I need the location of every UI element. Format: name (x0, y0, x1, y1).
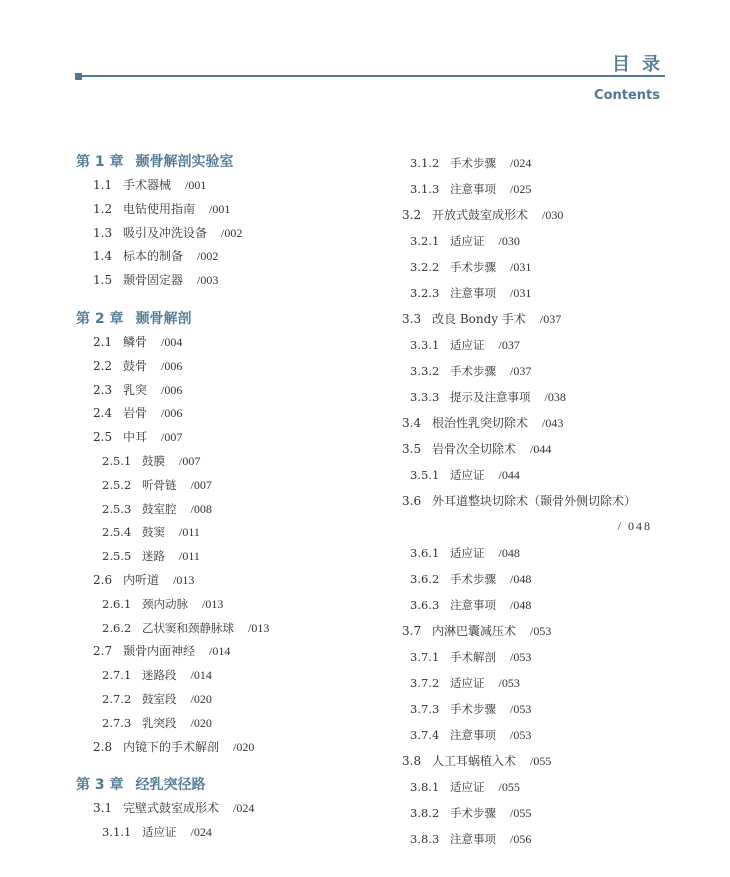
section-number: 2.5.5 (102, 545, 142, 569)
page-number: /007 (161, 430, 182, 444)
page-number: /048 (510, 572, 531, 586)
page-number: /006 (161, 406, 182, 420)
toc-section-entry[interactable]: 3.4根治性乳突切除术/043 (402, 410, 672, 436)
section-number: 3.2 (402, 202, 432, 228)
toc-section-entry[interactable]: 1.3吸引及冲洗设备/002 (76, 222, 376, 246)
section-title: 迷路段 (142, 668, 177, 682)
toc-subsection-entry[interactable]: 2.7.2鼓室段/020 (76, 688, 376, 712)
page-number: /043 (542, 416, 563, 430)
section-number: 3.6.2 (410, 566, 450, 592)
page-number: /020 (191, 692, 212, 706)
section-title: 乳突 (123, 383, 147, 397)
section-title: 适应证 (450, 546, 485, 560)
page-number: /001 (209, 202, 230, 216)
page-number: /048 (499, 546, 520, 560)
toc-section-entry[interactable]: 3.7内淋巴囊减压术/053 (402, 618, 672, 644)
page-number: /048 (510, 598, 531, 612)
section-title: 颞骨固定器 (123, 273, 183, 287)
page-number: /003 (197, 273, 218, 287)
toc-subsection-entry[interactable]: 2.5.3鼓室腔/008 (76, 498, 376, 522)
toc-subsection-entry[interactable]: 2.5.4鼓窦/011 (76, 521, 376, 545)
toc-subsection-entry[interactable]: 2.5.5迷路/011 (76, 545, 376, 569)
chapter-heading[interactable]: 第 1 章颞骨解剖实验室 (76, 150, 376, 174)
section-number: 3.3.1 (410, 332, 450, 358)
toc-section-entry[interactable]: 3.5岩骨次全切除术/044 (402, 436, 672, 462)
page-number: /011 (179, 549, 200, 563)
section-number: 2.7.3 (102, 712, 142, 736)
section-title: 乳突段 (142, 716, 177, 730)
section-title: 内淋巴囊减压术 (432, 624, 516, 638)
section-number: 2.4 (93, 402, 123, 426)
section-title: 注意事项 (450, 286, 496, 300)
page-number: /044 (499, 468, 520, 482)
section-number: 2.6.2 (102, 617, 142, 641)
section-title: 颞骨内面神经 (123, 644, 195, 658)
toc-section-entry[interactable]: 3.3改良 Bondy 手术/037 (402, 306, 672, 332)
page-number: /037 (499, 338, 520, 352)
section-number: 3.6.1 (410, 540, 450, 566)
page-number: /053 (510, 650, 531, 664)
toc-section-entry[interactable]: 2.1鳞骨/004 (76, 331, 376, 355)
chapter-title: 经乳突径路 (136, 777, 206, 793)
toc-subsection-entry[interactable]: 2.6.1颈内动脉/013 (76, 593, 376, 617)
section-number: 3.5 (402, 436, 432, 462)
page-subtitle: Contents (594, 88, 660, 103)
toc-section-entry[interactable]: 1.2电钻使用指南/001 (76, 198, 376, 222)
toc-subsection-entry[interactable]: 3.8.2手术步骤/055 (402, 800, 672, 826)
section-title: 听骨链 (142, 478, 177, 492)
section-number: 2.6 (93, 569, 123, 593)
section-number: 3.8.3 (410, 826, 450, 852)
toc-section-entry[interactable]: 2.4岩骨/006 (76, 402, 376, 426)
section-title: 外耳道整块切除术（颞骨外侧切除术） (432, 494, 636, 508)
toc-section-entry[interactable]: 3.8人工耳蜗植入术/055 (402, 748, 672, 774)
section-title: 根治性乳突切除术 (432, 416, 528, 430)
section-title: 改良 Bondy 手术 (432, 312, 526, 326)
section-title: 内镜下的手术解剖 (123, 740, 219, 754)
page-number: /020 (191, 716, 212, 730)
toc-section-entry[interactable]: 1.5颞骨固定器/003 (76, 269, 376, 293)
chapter-number: 第 1 章 (76, 154, 124, 170)
section-number: 3.2.3 (410, 280, 450, 306)
page-number: /002 (197, 249, 218, 263)
toc-subsection-entry[interactable]: 3.7.4注意事项/053 (402, 722, 672, 748)
chapter-heading[interactable]: 第 3 章经乳突径路 (76, 773, 376, 797)
section-title: 手术步骤 (450, 572, 496, 586)
toc-subsection-entry[interactable]: 3.7.2适应证/053 (402, 670, 672, 696)
section-title: 开放式鼓室成形术 (432, 208, 528, 222)
section-number: 3.5.1 (410, 462, 450, 488)
page-number: /006 (161, 383, 182, 397)
section-number: 3.7.3 (410, 696, 450, 722)
page-number: /025 (510, 182, 531, 196)
section-number: 2.7.2 (102, 688, 142, 712)
section-number: 3.2.1 (410, 228, 450, 254)
page-number: /055 (510, 806, 531, 820)
page-number: /008 (191, 502, 212, 516)
section-title: 适应证 (450, 780, 485, 794)
section-number: 1.2 (93, 198, 123, 222)
page-number: / 048 (402, 514, 672, 540)
section-number: 1.5 (93, 269, 123, 293)
page-number: /024 (233, 801, 254, 815)
section-number: 2.2 (93, 355, 123, 379)
toc-subsection-entry[interactable]: 2.5.1鼓膜/007 (76, 450, 376, 474)
section-number: 3.6.3 (410, 592, 450, 618)
section-number: 3.1.1 (102, 821, 142, 845)
section-title: 鼓膜 (142, 454, 165, 468)
section-title: 鼓窦 (142, 525, 165, 539)
section-title: 适应证 (450, 234, 485, 248)
page-number: /006 (161, 359, 182, 373)
toc-section-entry[interactable]: 1.1手术器械/001 (76, 174, 376, 198)
chapter-title: 颞骨解剖 (136, 311, 192, 327)
page-number: /044 (530, 442, 551, 456)
page-number: /030 (499, 234, 520, 248)
section-title: 标本的制备 (123, 249, 183, 263)
page-number: /053 (499, 676, 520, 690)
section-title: 鼓骨 (123, 359, 147, 373)
section-title: 迷路 (142, 549, 165, 563)
page-number: /007 (179, 454, 200, 468)
section-title: 注意事项 (450, 182, 496, 196)
chapter-title: 颞骨解剖实验室 (136, 154, 234, 170)
toc-left-column: 第 1 章颞骨解剖实验室1.1手术器械/0011.2电钻使用指南/0011.3吸… (76, 150, 376, 845)
page-number: /014 (191, 668, 212, 682)
section-title: 鼓室腔 (142, 502, 177, 516)
chapter-number: 第 2 章 (76, 311, 124, 327)
page-number: /013 (202, 597, 223, 611)
page-number: /030 (542, 208, 563, 222)
page-number: /002 (221, 226, 242, 240)
toc-subsection-entry[interactable]: 2.5.2听骨链/007 (76, 474, 376, 498)
section-title: 完壁式鼓室成形术 (123, 801, 219, 815)
toc-subsection-entry[interactable]: 3.6.3注意事项/048 (402, 592, 672, 618)
toc-subsection-entry[interactable]: 3.1.3注意事项/025 (402, 176, 672, 202)
page-number: /055 (499, 780, 520, 794)
toc-subsection-entry[interactable]: 3.8.3注意事项/056 (402, 826, 672, 852)
toc-subsection-entry[interactable]: 3.1.2手术步骤/024 (402, 150, 672, 176)
toc-subsection-entry[interactable]: 3.6.2手术步骤/048 (402, 566, 672, 592)
toc-section-entry[interactable]: 2.2鼓骨/006 (76, 355, 376, 379)
section-number: 2.5.4 (102, 521, 142, 545)
page-number: /020 (233, 740, 254, 754)
page-number: /056 (510, 832, 531, 846)
section-title: 手术解剖 (450, 650, 496, 664)
toc-subsection-entry[interactable]: 3.3.3提示及注意事项/038 (402, 384, 672, 410)
section-number: 3.8.1 (410, 774, 450, 800)
section-number: 2.6.1 (102, 593, 142, 617)
section-title: 人工耳蜗植入术 (432, 754, 516, 768)
toc-section-entry[interactable]: 2.8内镜下的手术解剖/020 (76, 736, 376, 760)
section-number: 3.3.2 (410, 358, 450, 384)
toc-subsection-entry[interactable]: 3.7.1手术解剖/053 (402, 644, 672, 670)
page-title: 目录 (612, 50, 672, 76)
page-number: /011 (179, 525, 200, 539)
section-number: 3.7 (402, 618, 432, 644)
section-number: 2.7.1 (102, 664, 142, 688)
section-number: 1.4 (93, 245, 123, 269)
section-title: 提示及注意事项 (450, 390, 531, 404)
section-title: 注意事项 (450, 598, 496, 612)
section-title: 中耳 (123, 430, 147, 444)
toc-subsection-entry[interactable]: 3.2.3注意事项/031 (402, 280, 672, 306)
section-number: 3.3 (402, 306, 432, 332)
section-title: 注意事项 (450, 728, 496, 742)
section-number: 1.3 (93, 222, 123, 246)
section-number: 3.6 (402, 488, 432, 514)
section-number: 3.1.3 (410, 176, 450, 202)
toc-subsection-entry[interactable]: 3.6.1适应证/048 (402, 540, 672, 566)
section-title: 颈内动脉 (142, 597, 188, 611)
toc-subsection-entry[interactable]: 3.2.2手术步骤/031 (402, 254, 672, 280)
section-title: 适应证 (142, 825, 177, 839)
chapter-number: 第 3 章 (76, 777, 124, 793)
section-title: 适应证 (450, 676, 485, 690)
toc-subsection-entry[interactable]: 3.3.1适应证/037 (402, 332, 672, 358)
page-number: /038 (545, 390, 566, 404)
section-number: 2.5.2 (102, 474, 142, 498)
section-number: 2.5.3 (102, 498, 142, 522)
section-number: 3.8 (402, 748, 432, 774)
section-title: 吸引及冲洗设备 (123, 226, 207, 240)
page-number: /024 (191, 825, 212, 839)
toc-subsection-entry[interactable]: 2.6.2乙状窦和颈静脉球/013 (76, 617, 376, 641)
section-number: 2.7 (93, 640, 123, 664)
section-title: 手术步骤 (450, 702, 496, 716)
section-title: 手术步骤 (450, 806, 496, 820)
section-number: 3.7.2 (410, 670, 450, 696)
section-title: 手术步骤 (450, 156, 496, 170)
page-number: /024 (510, 156, 531, 170)
section-number: 3.1.2 (410, 150, 450, 176)
toc-section-entry[interactable]: 2.3乳突/006 (76, 379, 376, 403)
toc-section-entry[interactable]: 2.6内听道/013 (76, 569, 376, 593)
toc-section-entry[interactable]: 3.2开放式鼓室成形术/030 (402, 202, 672, 228)
page-number: /055 (530, 754, 551, 768)
page-number: /037 (510, 364, 531, 378)
toc-section-entry[interactable]: 2.7颞骨内面神经/014 (76, 640, 376, 664)
page-number: /053 (510, 702, 531, 716)
toc-section-entry[interactable]: 1.4标本的制备/002 (76, 245, 376, 269)
section-number: 3.3.3 (410, 384, 450, 410)
section-number: 2.3 (93, 379, 123, 403)
toc-subsection-entry[interactable]: 3.7.3手术步骤/053 (402, 696, 672, 722)
section-title: 内听道 (123, 573, 159, 587)
section-number: 2.8 (93, 736, 123, 760)
toc-subsection-entry[interactable]: 3.2.1适应证/030 (402, 228, 672, 254)
toc-section-entry[interactable]: 3.1完壁式鼓室成形术/024 (76, 797, 376, 821)
page-number: /013 (248, 621, 269, 635)
toc-subsection-entry[interactable]: 3.8.1适应证/055 (402, 774, 672, 800)
section-title: 手术器械 (123, 178, 171, 192)
section-title: 鼓室段 (142, 692, 177, 706)
toc-subsection-entry[interactable]: 3.3.2手术步骤/037 (402, 358, 672, 384)
section-title: 手术步骤 (450, 260, 496, 274)
section-number: 2.5.1 (102, 450, 142, 474)
toc-subsection-entry[interactable]: 2.7.1迷路段/014 (76, 664, 376, 688)
toc-section-entry[interactable]: 3.6外耳道整块切除术（颞骨外侧切除术） (402, 488, 672, 514)
section-title: 手术步骤 (450, 364, 496, 378)
page-number: /053 (530, 624, 551, 638)
section-number: 2.5 (93, 426, 123, 450)
divider-square-marker (75, 73, 82, 80)
page-number: /001 (185, 178, 206, 192)
page-number: /013 (173, 573, 194, 587)
section-title: 适应证 (450, 468, 485, 482)
toc-subsection-entry[interactable]: 3.5.1适应证/044 (402, 462, 672, 488)
section-number: 3.7.1 (410, 644, 450, 670)
page-number: /037 (540, 312, 561, 326)
page-number: /053 (510, 728, 531, 742)
section-number: 3.8.2 (410, 800, 450, 826)
section-title: 乙状窦和颈静脉球 (142, 621, 234, 635)
section-number: 3.2.2 (410, 254, 450, 280)
page-number: /031 (510, 260, 531, 274)
section-number: 3.4 (402, 410, 432, 436)
section-number: 3.1 (93, 797, 123, 821)
section-title: 注意事项 (450, 832, 496, 846)
page-number: /007 (191, 478, 212, 492)
page-number: /031 (510, 286, 531, 300)
section-title: 岩骨 (123, 406, 147, 420)
page-number: /004 (161, 335, 182, 349)
toc-subsection-entry[interactable]: 3.1.1适应证/024 (76, 821, 376, 845)
toc-section-entry[interactable]: 2.5中耳/007 (76, 426, 376, 450)
chapter-heading[interactable]: 第 2 章颞骨解剖 (76, 307, 376, 331)
section-number: 2.1 (93, 331, 123, 355)
header-divider (76, 75, 665, 77)
section-title: 岩骨次全切除术 (432, 442, 516, 456)
section-number: 3.7.4 (410, 722, 450, 748)
section-title: 鳞骨 (123, 335, 147, 349)
page-number: /014 (209, 644, 230, 658)
section-number: 1.1 (93, 174, 123, 198)
toc-right-column: 3.1.2手术步骤/0243.1.3注意事项/0253.2开放式鼓室成形术/03… (402, 150, 672, 852)
section-title: 适应证 (450, 338, 485, 352)
toc-subsection-entry[interactable]: 2.7.3乳突段/020 (76, 712, 376, 736)
section-title: 电钻使用指南 (123, 202, 195, 216)
